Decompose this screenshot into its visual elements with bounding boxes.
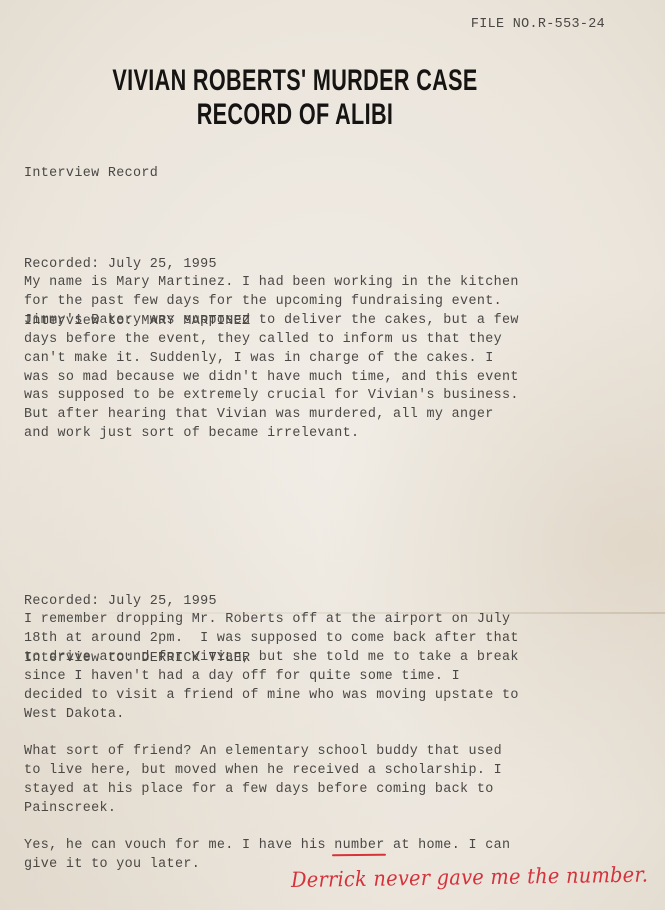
interview-2-statement-paragraph-1: I remember dropping Mr. Roberts off at t…	[24, 611, 624, 724]
title-line-1: VIVIAN ROBERTS' MURDER CASE	[83, 64, 508, 98]
interview-2-statement-paragraph-2: What sort of friend? An elementary schoo…	[24, 743, 624, 819]
interview-2-recorded-date: Recorded: July 25, 1995	[24, 593, 624, 612]
title-line-2: RECORD OF ALIBI	[83, 98, 508, 132]
section-label: Interview Record	[24, 165, 624, 184]
handwritten-annotation: Derrick never gave me the number.	[291, 863, 649, 892]
document-title: VIVIAN ROBERTS' MURDER CASE RECORD OF AL…	[83, 64, 508, 132]
paragraph-text-before: Yes, he can vouch for me. I have his	[24, 838, 334, 853]
file-number: FILE NO.R-553-24	[471, 17, 605, 32]
document-page: FILE NO.R-553-24 VIVIAN ROBERTS' MURDER …	[0, 0, 665, 910]
interview-1-recorded-date: Recorded: July 25, 1995	[24, 256, 624, 275]
interview-1-statement: My name is Mary Martinez. I had been wor…	[24, 274, 624, 444]
underlined-word-number: number	[334, 838, 384, 853]
